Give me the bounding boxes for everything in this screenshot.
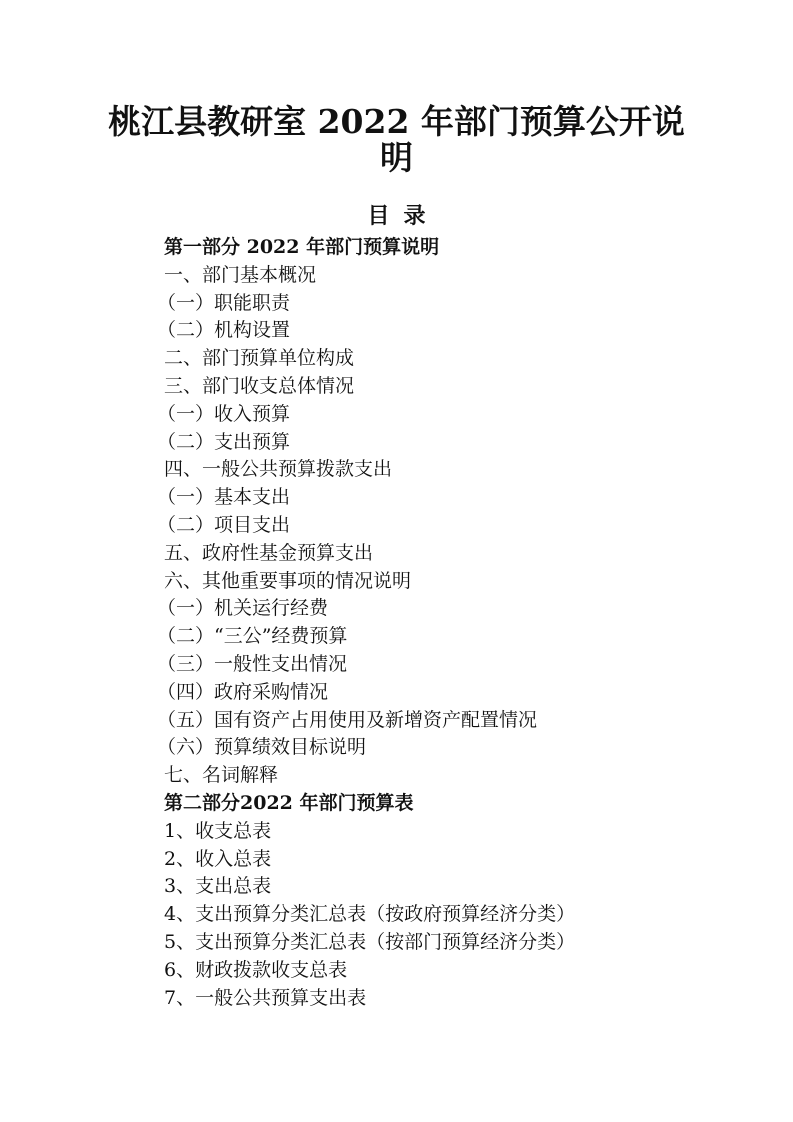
toc-item: 三、部门收支总体情况 — [164, 373, 575, 401]
toc-item: 2、收入总表 — [164, 846, 575, 874]
toc-part-1: 第一部分 2022 年部门预算说明 — [164, 234, 575, 262]
toc-subitem: （二）“三公”经费预算 — [157, 623, 575, 651]
toc-subitem: （二）机构设置 — [157, 317, 575, 345]
toc-part-2: 第二部分2022 年部门预算表 — [164, 790, 575, 818]
toc-item: 四、一般公共预算拨款支出 — [164, 456, 575, 484]
toc-item: 一、部门基本概况 — [164, 262, 575, 290]
document-title-line-1: 桃江县教研室 2022 年部门预算公开说 — [0, 104, 793, 140]
toc-subitem: （五）国有资产占用使用及新增资产配置情况 — [157, 707, 575, 735]
toc-item: 六、其他重要事项的情况说明 — [164, 568, 575, 596]
toc-item: 七、名词解释 — [164, 762, 575, 790]
toc-subitem: （一）机关运行经费 — [157, 595, 575, 623]
toc-subitem: （三）一般性支出情况 — [157, 651, 575, 679]
toc-subitem: （四）政府采购情况 — [157, 679, 575, 707]
toc-subitem: （二）项目支出 — [157, 512, 575, 540]
toc-item: 二、部门预算单位构成 — [164, 345, 575, 373]
toc-item: 5、支出预算分类汇总表（按部门预算经济分类） — [164, 929, 575, 957]
toc-item: 3、支出总表 — [164, 873, 575, 901]
toc-item: 1、收支总表 — [164, 818, 575, 846]
toc-item: 五、政府性基金预算支出 — [164, 540, 575, 568]
toc-subitem: （二）支出预算 — [157, 429, 575, 457]
toc-heading: 目录 — [0, 203, 793, 229]
toc-subitem: （一）收入预算 — [157, 401, 575, 429]
toc-subitem: （一）基本支出 — [157, 484, 575, 512]
toc-subitem: （六）预算绩效目标说明 — [157, 734, 575, 762]
table-of-contents: 第一部分 2022 年部门预算说明 一、部门基本概况 （一）职能职责 （二）机构… — [164, 234, 575, 1012]
toc-subitem: （一）职能职责 — [157, 290, 575, 318]
toc-item: 6、财政拨款收支总表 — [164, 957, 575, 985]
document-title-line-2: 明 — [0, 140, 793, 176]
toc-item: 7、一般公共预算支出表 — [164, 985, 575, 1013]
toc-item: 4、支出预算分类汇总表（按政府预算经济分类） — [164, 901, 575, 929]
